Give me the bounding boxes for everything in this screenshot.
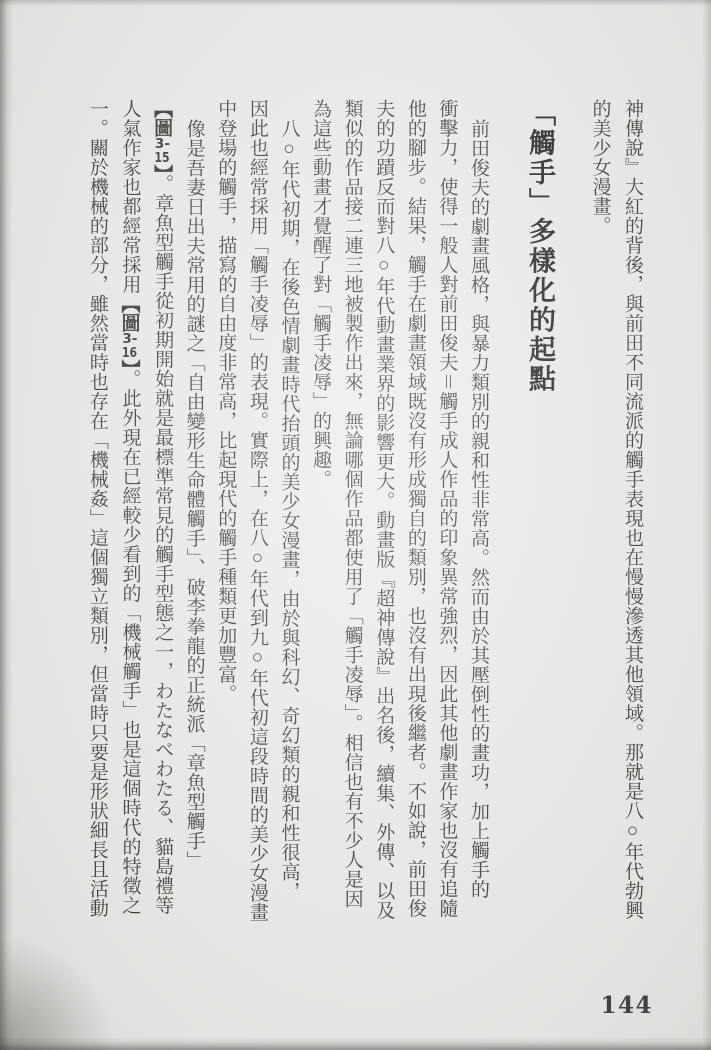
text-column: 人氣作家也都經常採用【圖3-16】。此外現在已經較少看到的「機械觸手」也是這個時…	[113, 99, 146, 959]
page-text: 神傳說』大紅的背後，與前田不同流派的觸手表現也在慢慢滲透其他領域。那就是八○年代…	[81, 99, 648, 959]
paragraph-2: 八○年代初期，在後色情劇畫時代抬頭的美少女漫畫，由於與科幻、奇幻類的親和性很高，…	[210, 99, 305, 959]
figure-reference: 【圖3-15】	[151, 99, 173, 174]
text-column: 他的腳步。結果，觸手在劇畫領域既沒有形成獨自的類別，也沒有出現後繼者。不如說，前…	[399, 99, 431, 959]
paragraph-1: 前田俊夫的劇畫風格，與暴力類別的親和性非常高。然而由於其壓倒性的畫功，加上觸手的…	[304, 99, 494, 959]
text-column: 因此也經常採用「觸手凌辱」的表現。實際上，在八○年代到九○年代初這段時間的美少女…	[241, 99, 273, 959]
text-column: 的美少女漫畫。	[583, 99, 616, 959]
text-column: 【圖3-15】。章魚型觸手從初期開始就是最標準常見的觸手型態之一，わたなべわたる…	[145, 99, 178, 959]
text-column: 中登場的觸手，描寫的自由度非常高，比起現代的觸手種類更加豐富。	[210, 99, 242, 959]
figure-reference: 【圖3-16】	[118, 294, 140, 369]
text-column: 為這些動畫才覺醒了對「觸手凌辱」的興趣。	[304, 99, 336, 959]
text-column: 類似的作品接二連三地被製作出來，無論哪個作品都使用了「觸手凌辱」。相信也有不少人…	[336, 99, 368, 959]
scan-edge-top	[0, 0, 711, 6]
section-heading: 「觸手」多樣化的起點	[519, 99, 561, 959]
text-column: 衝擊力，使得一般人對前田俊夫＝觸手成人作品的印象異常強烈，因此其他劇畫作家也沒有…	[431, 99, 463, 959]
scan-edge-right	[702, 0, 711, 1050]
continuation-paragraph: 神傳說』大紅的背後，與前田不同流派的觸手表現也在慢慢滲透其他領域。那就是八○年代…	[583, 99, 648, 959]
text-column: 像是吾妻日出夫常用的謎之「自由變形生命體觸手」、破李拳龍的正統派「章魚型觸手」	[178, 99, 210, 959]
paragraph-3: 像是吾妻日出夫常用的謎之「自由變形生命體觸手」、破李拳龍的正統派「章魚型觸手」【…	[81, 99, 209, 959]
book-page: 神傳說』大紅的背後，與前田不同流派的觸手表現也在慢慢滲透其他領域。那就是八○年代…	[0, 0, 711, 1050]
text-column: 八○年代初期，在後色情劇畫時代抬頭的美少女漫畫，由於與科幻、奇幻類的親和性很高，	[273, 99, 305, 959]
text-column: 前田俊夫的劇畫風格，與暴力類別的親和性非常高。然而由於其壓倒性的畫功，加上觸手的	[462, 99, 494, 959]
text-column: 神傳說』大紅的背後，與前田不同流派的觸手表現也在慢慢滲透其他領域。那就是八○年代…	[616, 99, 649, 959]
scan-edge-bottom	[0, 1037, 711, 1050]
text-column: 一。關於機械的部分，雖然當時也存在「機械姦」這個獨立類別，但當時只要是形狀細長且…	[81, 99, 113, 959]
scan-edge-left	[0, 0, 13, 1050]
page-number: 144	[600, 992, 653, 1019]
text-column: 夫的功蹟反而對八○年代動畫業界的影響更大。動畫版『超神傳說』出名後，續集、外傳、…	[368, 99, 400, 959]
